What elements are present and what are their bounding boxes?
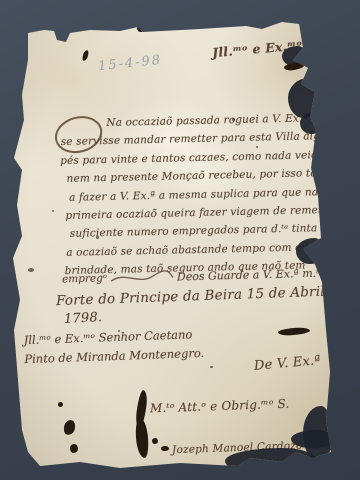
ink-speck	[256, 146, 258, 148]
burn-mark	[296, 238, 326, 264]
ink-blot	[81, 49, 89, 61]
closing-word: empregᵒ	[62, 272, 107, 285]
photo-background: Jll.ᵐᵒ e Ex.ᵐᵒ S.ᵒʳ 15-4-98 Na occaziaõ …	[0, 0, 360, 480]
ink-blot	[134, 417, 150, 458]
salutation-abbreviation: Jll.ᵐᵒ e Ex.ᵐᵒ S.ᵒʳ	[212, 35, 333, 60]
letter-paper: Jll.ᵐᵒ e Ex.ᵐᵒ S.ᵒʳ 15-4-98 Na occaziaõ …	[0, 0, 360, 480]
ink-blot	[278, 327, 310, 336]
ink-blot	[62, 419, 76, 436]
addressee-block: Jll.ᵐᵒ e Ex.ᵐᵒ Senhor Caetano Pinto de M…	[23, 325, 204, 369]
burn-mark	[225, 448, 320, 474]
letter-body: Na occaziaõ passada roguei a V. Ex.ª par…	[58, 109, 330, 281]
ink-speck	[232, 118, 235, 121]
burn-mark	[288, 78, 322, 118]
ink-speck	[210, 366, 213, 368]
ink-blot	[161, 446, 169, 451]
place-date-line: Forte do Principe da Beira 15 de Abril d…	[56, 283, 347, 309]
closing-formula: M.ᵗᵒ Att.ᵒ e Obrig.ᵐᵒ S.	[150, 397, 290, 416]
burn-mark	[300, 112, 324, 134]
ink-blot	[70, 444, 78, 453]
courtesy-formula: De V. Ex.ª	[253, 353, 321, 374]
valediction: Deos Guarde a V. Ex.ª m.ˢ annos	[177, 265, 357, 283]
ink-speck	[118, 330, 120, 332]
ink-blot	[152, 438, 158, 444]
burn-mark	[291, 430, 335, 448]
ink-speck	[52, 210, 54, 212]
ink-blot	[137, 25, 145, 32]
ink-speck	[96, 236, 99, 239]
year-line: 1798.	[64, 310, 103, 327]
pencil-date-annotation: 15-4-98	[97, 53, 162, 75]
ink-speck	[28, 268, 34, 272]
ink-blot	[58, 402, 63, 407]
pen-flourish	[109, 269, 175, 287]
